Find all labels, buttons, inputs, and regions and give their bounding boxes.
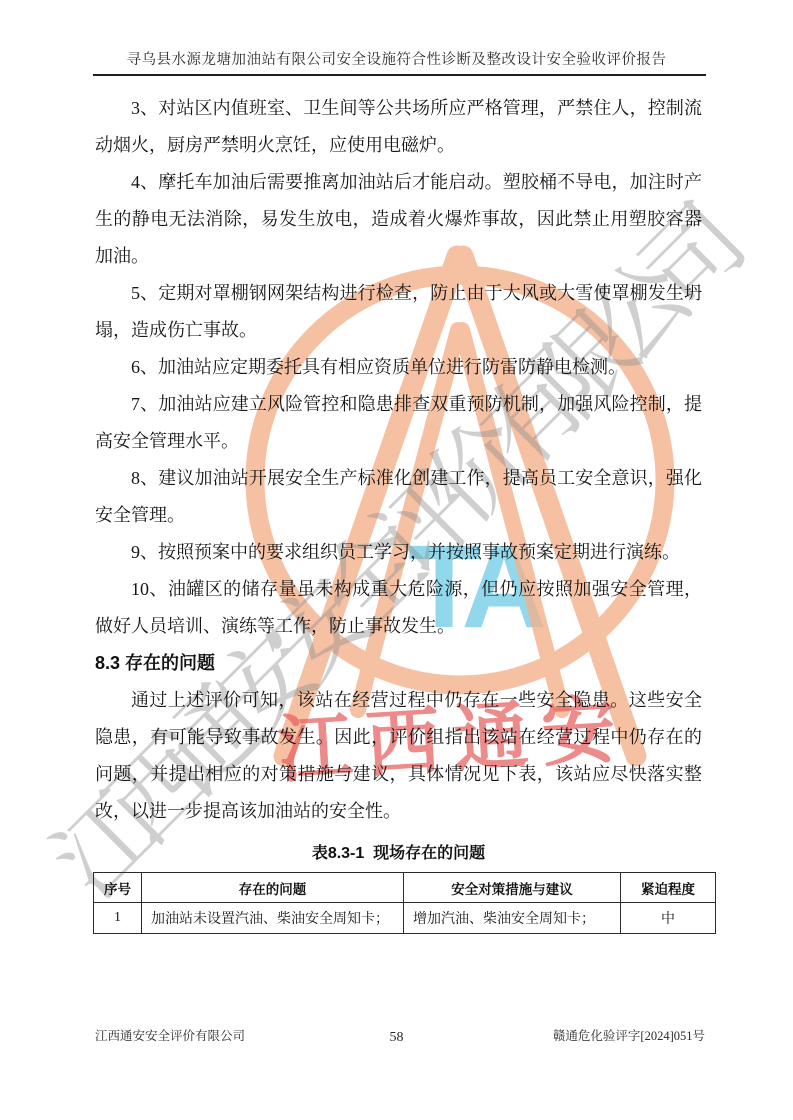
- recommendation-item-10: 10、油罐区的储存量虽未构成重大危险源，但仍应按照加强安全管理，做好人员培训、演…: [95, 571, 702, 645]
- recommendation-item-3: 3、对站区内值班室、卫生间等公共场所应严格管理，严禁住人，控制流动烟火，厨房严禁…: [95, 90, 702, 164]
- document-page: TA 江西通安安全评价有限公司 江西通安 寻乌县水源龙塘加油站有限公司安全设施符…: [0, 0, 793, 1120]
- table-header-countermeasure: 安全对策措施与建议: [404, 873, 621, 903]
- table-header-index: 序号: [94, 873, 142, 903]
- cell-problem: 加油站未设置汽油、柴油安全周知卡；: [142, 903, 404, 934]
- table-row: 1 加油站未设置汽油、柴油安全周知卡； 增加汽油、柴油安全周知卡； 中: [94, 903, 716, 934]
- recommendation-item-6: 6、加油站应定期委托具有相应资质单位进行防雷防静电检测。: [95, 349, 702, 386]
- problems-table: 序号 存在的问题 安全对策措施与建议 紧迫程度 1 加油站未设置汽油、柴油安全周…: [93, 872, 716, 934]
- header-rule: [93, 74, 706, 76]
- recommendation-item-5: 5、定期对罩棚钢网架结构进行检查，防止由于大风或大雪使罩棚发生坍塌，造成伤亡事故…: [95, 275, 702, 349]
- recommendation-item-4: 4、摩托车加油后需要推离加油站后才能启动。塑胶桶不导电，加注时产生的静电无法消除…: [95, 164, 702, 275]
- recommendation-item-7: 7、加油站应建立风险管控和隐患排查双重预防机制，加强风险控制，提高安全管理水平。: [95, 386, 702, 460]
- footer-doc-number: 赣通危化验评字[2024]051号: [553, 1026, 705, 1044]
- body-text-block: 3、对站区内值班室、卫生间等公共场所应严格管理，严禁住人，控制流动烟火，厨房严禁…: [95, 90, 702, 934]
- cell-urgency: 中: [621, 903, 716, 934]
- table-header-row: 序号 存在的问题 安全对策措施与建议 紧迫程度: [94, 873, 716, 903]
- recommendation-item-9: 9、按照预案中的要求组织员工学习，并按照事故预案定期进行演练。: [95, 534, 702, 571]
- section-8-3-paragraph: 通过上述评价可知，该站在经营过程中仍存在一些安全隐患。这些安全隐患，有可能导致事…: [95, 682, 702, 830]
- table-header-problem: 存在的问题: [142, 873, 404, 903]
- table-header-urgency: 紧迫程度: [621, 873, 716, 903]
- recommendation-item-8: 8、建议加油站开展安全生产标准化创建工作，提高员工安全意识，强化安全管理。: [95, 460, 702, 534]
- cell-countermeasure: 增加汽油、柴油安全周知卡；: [404, 903, 621, 934]
- section-heading-8-3: 8.3 存在的问题: [95, 645, 702, 682]
- report-header-title: 寻乌县水源龙塘加油站有限公司安全设施符合性诊断及整改设计安全验收评价报告: [0, 48, 793, 69]
- page-content: 寻乌县水源龙塘加油站有限公司安全设施符合性诊断及整改设计安全验收评价报告 3、对…: [0, 0, 793, 1120]
- table-caption: 表8.3-1 现场存在的问题: [95, 840, 702, 863]
- cell-index: 1: [94, 903, 142, 934]
